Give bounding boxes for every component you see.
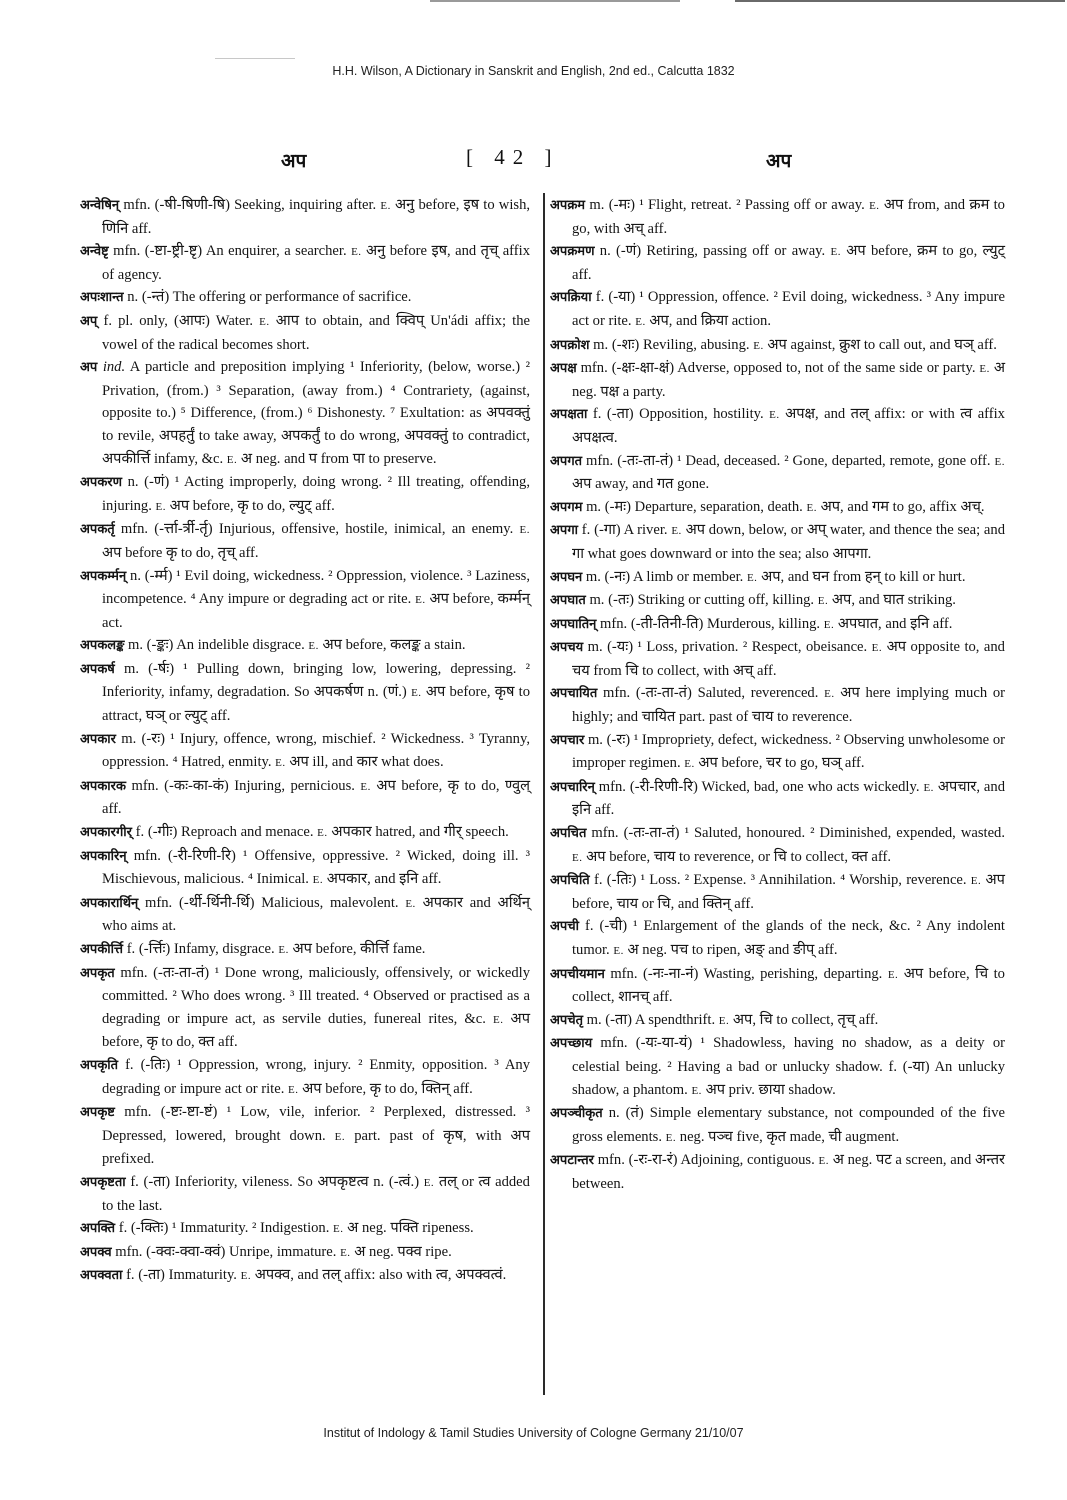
entry-grammar: mfn.	[124, 1104, 151, 1120]
dictionary-entry: अपकीर्त्ति f. (-र्त्तिः) Infamy, disgrac…	[80, 938, 530, 962]
entry-etymology: E. अप, and क्रिया action.	[632, 313, 771, 329]
dictionary-entry: अपघन m. (-नः) A limb or member. E. अप, a…	[550, 566, 1005, 590]
entry-headword: अपकृष्टता	[80, 1175, 126, 1190]
entry-headword: अपचिति	[550, 873, 590, 888]
etymology-marker: E.	[635, 316, 645, 328]
entry-headword: अपचित	[550, 826, 586, 841]
entry-forms: (-षी-षिणी-षि)	[155, 197, 230, 213]
etymology-marker: E.	[691, 1085, 701, 1097]
entry-headword: अपकर्ष	[80, 662, 115, 677]
dictionary-entry: अपक्रमण n. (-णं) Retiring, passing off o…	[550, 240, 1005, 286]
entry-headword: अपक्रम	[550, 198, 585, 213]
entry-grammar: mfn.	[586, 453, 613, 469]
entry-forms: (-तः-ता-तं)	[624, 825, 680, 841]
entry-forms: (-णं)	[144, 474, 169, 490]
entry-etymology: E. अपकार hatred, and गीर् speech.	[314, 824, 509, 840]
entry-headword: अपकलङ्क	[80, 638, 124, 653]
dictionary-entry: अपक्रोश m. (-शः) Reviling, abusing. E. अ…	[550, 334, 1005, 358]
entry-definition: The offering or performance of sacrifice…	[173, 289, 412, 305]
dictionary-entry: अपकारगीर् f. (-गीः) Reproach and menace.…	[80, 821, 530, 845]
entry-definition: Malicious, malevolent.	[261, 895, 398, 911]
entry-definition: A spendthrift.	[635, 1012, 715, 1028]
entry-grammar: mfn.	[121, 521, 148, 537]
etymology-marker: E.	[806, 502, 816, 514]
entry-forms: (-री-रिणी-रि)	[630, 779, 698, 795]
entry-grammar: ind.	[103, 359, 125, 375]
etymology-marker: E.	[888, 969, 898, 981]
entry-headword: अपगत	[550, 454, 582, 469]
etymology-text: अप away, and गत gone.	[572, 476, 709, 492]
entry-definition: Unripe, immature.	[229, 1244, 336, 1260]
entry-headword: अपक्ष	[550, 361, 577, 376]
entry-grammar: m.	[589, 592, 604, 608]
etymology-marker: E.	[769, 409, 779, 421]
entry-grammar: n.	[600, 243, 611, 259]
etymology-marker: E.	[979, 363, 989, 375]
etymology-marker: E.	[333, 1223, 343, 1235]
etymology-marker: E.	[424, 1177, 434, 1189]
dictionary-entry: अपक्रम m. (-मः) ¹ Flight, retreat. ² Pas…	[550, 194, 1005, 240]
entry-definition: Injurious, offensive, hostile, inimical,…	[219, 521, 513, 537]
entry-headword: अपकार	[80, 732, 116, 747]
entry-headword: अपगा	[550, 523, 578, 538]
entry-etymology: E. अप before, कृ to do, क्तिन् aff.	[284, 1081, 472, 1097]
entry-grammar: mfn.	[131, 778, 158, 794]
entry-definition: ¹ Loss. ² Expense. ³ Annihilation. ⁴ Wor…	[641, 872, 967, 888]
entry-forms: (-तिः)	[607, 872, 637, 888]
dictionary-entry: अपचारिन् mfn. (-री-रिणी-रि) Wicked, bad,…	[550, 776, 1005, 822]
etymology-marker: E.	[411, 687, 421, 699]
entry-forms: (-र्त्तिः)	[139, 941, 170, 957]
dictionary-entry: अपञ्चीकृत n. (तं) Simple elementary subs…	[550, 1102, 1005, 1149]
entry-definition: Reproach and menace.	[181, 824, 314, 840]
entry-grammar: f.	[125, 1057, 134, 1073]
entry-headword: अप्	[80, 314, 97, 329]
etymology-marker: E.	[830, 246, 840, 258]
entry-forms: (-र्त्ता-र्त्री-र्तृ)	[154, 521, 212, 537]
entry-headword: अपघात	[550, 593, 586, 608]
entry-forms: (-तः-ता-तं)	[636, 685, 692, 701]
entry-headword: अपकृत	[80, 966, 115, 981]
entry-forms: (-क्वः-क्वा-क्वं)	[146, 1244, 225, 1260]
entry-forms: (-तः-ता-तं)	[153, 965, 209, 981]
entry-forms: (-ता)	[143, 1174, 170, 1190]
dictionary-entry: अपचित mfn. (-तः-ता-तं) ¹ Saluted, honour…	[550, 822, 1005, 869]
entry-definition: Opposition, hostility.	[639, 406, 764, 422]
etymology-marker: E.	[671, 525, 681, 537]
etymology-text: अपक्व, and तल् affix: also with त्व, अपक…	[255, 1267, 507, 1283]
entry-forms: (-गीः)	[148, 824, 178, 840]
etymology-marker: E.	[519, 524, 529, 536]
entry-definition: A limb or member.	[633, 569, 743, 585]
entry-forms: (-मः)	[609, 197, 635, 213]
entry-forms: (-ष्टः-ष्टा-ष्टं)	[161, 1104, 218, 1120]
dictionary-entry: अपटान्तर mfn. (-रः-रा-रं) Adjoining, con…	[550, 1149, 1005, 1195]
etymology-text: अप, and घात striking.	[832, 592, 956, 608]
entry-grammar: mfn.	[134, 848, 161, 864]
entry-grammar: mfn.	[145, 895, 172, 911]
entry-headword: अप	[80, 360, 97, 375]
entry-grammar: f.	[126, 1267, 135, 1283]
entry-definition: Murderous, killing.	[707, 616, 820, 632]
entry-headword: अन्वेषिन्	[80, 198, 119, 213]
entry-etymology: E. अप, and घन from हन् to kill or hurt.	[743, 569, 965, 585]
etymology-marker: E.	[869, 200, 879, 212]
entry-grammar: f.	[596, 289, 605, 305]
entry-grammar: n.	[127, 289, 138, 305]
etymology-text: अप before, कीर्त्ति fame.	[292, 941, 425, 957]
entry-forms: (-नः)	[605, 569, 631, 585]
dictionary-entry: अपकारार्थिन् mfn. (-र्थी-र्थिनी-र्थि) Ma…	[80, 892, 530, 938]
etymology-text: अप before, कलङ्क a stain.	[323, 637, 466, 653]
entry-grammar: n.	[128, 474, 139, 490]
etymology-text: अप before, चर to go, घञ् aff.	[698, 755, 864, 771]
entry-forms: (-ङ्कः)	[147, 637, 174, 653]
etymology-text: अपक्ष, and तल् affix: or with त्व affix …	[572, 406, 1005, 446]
etymology-marker: E.	[572, 852, 582, 864]
dictionary-entry: अपकरण n. (-णं) ¹ Acting improperly, doin…	[80, 471, 530, 518]
entry-etymology: E. अप, चि to collect, तृच् aff.	[715, 1012, 878, 1028]
entry-definition: A river.	[624, 522, 668, 538]
dictionary-entry: अपकलङ्क m. (-ङ्कः) An indelible disgrace…	[80, 634, 530, 658]
entry-headword: अपकरण	[80, 475, 122, 490]
entry-definition: Immaturity.	[169, 1267, 237, 1283]
etymology-marker: E.	[351, 246, 361, 258]
entry-grammar: m.	[588, 732, 603, 748]
etymology-text: अप, and क्रिया action.	[649, 313, 771, 329]
dictionary-entry: अपगत mfn. (-तः-ता-तं) ¹ Dead, deceased. …	[550, 450, 1005, 496]
entry-etymology: E. अ neg. पच to ripen, अङ् and ङीप् aff.	[610, 942, 838, 958]
entry-forms: (-री-रिणी-रि)	[168, 848, 236, 864]
etymology-text: अ neg. पक्व ripe.	[354, 1244, 452, 1260]
entry-forms: (-ष्टा-ष्ट्री-ष्टृ)	[145, 243, 202, 259]
entry-grammar: mfn.	[113, 243, 140, 259]
etymology-text: अ neg. पच to ripen, अङ् and ङीप् aff.	[628, 942, 838, 958]
etymology-text: अप, and घन from हन् to kill or hurt.	[761, 569, 965, 585]
entry-headword: अपक्रिया	[550, 290, 592, 305]
entry-etymology: E. अप before, चाय to reverence, or चि to…	[572, 849, 891, 865]
entry-grammar: f.	[582, 522, 591, 538]
dictionary-entry: अपचीयमान mfn. (-नः-ना-नं) Wasting, peris…	[550, 963, 1005, 1009]
dictionary-entry: अप ind. A particle and preposition imply…	[80, 356, 530, 471]
entry-headword: अपघन	[550, 570, 582, 585]
entry-forms: (-तः-ता-तं)	[617, 453, 673, 469]
etymology-text: अ neg. and प from पा to preserve.	[241, 451, 437, 467]
scan-edge-rule	[430, 0, 680, 2]
entry-forms: (-न्तं)	[142, 289, 169, 305]
entry-headword: अपक्रमण	[550, 244, 594, 259]
entry-headword: अपचारिन्	[550, 780, 595, 795]
entry-grammar: n.	[130, 568, 141, 584]
dictionary-entry: अपघातिन् mfn. (-ती-तिनी-ति) Murderous, k…	[550, 613, 1005, 637]
entry-grammar: m.	[128, 637, 143, 653]
dictionary-entry: अपकारिन् mfn. (-री-रिणी-रि) ¹ Offensive,…	[80, 845, 530, 892]
entry-definition: Saluted, reverenced.	[698, 685, 819, 701]
entry-forms: (-क्तिः)	[131, 1220, 168, 1236]
entry-definition: An enquirer, a searcher.	[206, 243, 347, 259]
entry-headword: अपचार	[550, 733, 584, 748]
entry-headword: अपक्ति	[80, 1221, 115, 1236]
entry-forms: (-र्षः)	[148, 661, 174, 677]
dictionary-entry: अपचेतृ m. (-ता) A spendthrift. E. अप, चि…	[550, 1009, 1005, 1033]
running-head-left: अप	[281, 147, 306, 173]
dictionary-entry: अपकर्ष m. (-र्षः) ¹ Pulling down, bringi…	[80, 658, 530, 728]
etymology-marker: E.	[259, 316, 269, 328]
etymology-marker: E.	[156, 501, 166, 513]
etymology-text: अप before, चाय to reverence, or चि to co…	[586, 849, 891, 865]
entry-grammar: f.	[594, 872, 603, 888]
entry-forms: (-क्षः-क्षा-क्षं)	[612, 360, 674, 376]
etymology-text: अप priv. छाया shadow.	[706, 1082, 836, 1098]
entry-grammar: m.	[587, 1012, 602, 1028]
dictionary-entry: अपगम m. (-मः) Departure, separation, dea…	[550, 496, 1005, 520]
entry-definition: Reviling, abusing.	[643, 337, 750, 353]
entry-etymology: E. अप, and घात striking.	[814, 592, 956, 608]
dictionary-entry: अपचय m. (-यः) ¹ Loss, privation. ² Respe…	[550, 636, 1005, 682]
entry-grammar: f.	[130, 1174, 139, 1190]
entry-forms: (-नः-ना-नं)	[643, 966, 698, 982]
etymology-marker: E.	[971, 875, 981, 887]
dictionary-entry: अपक्वता f. (-ता) Immaturity. E. अपक्व, a…	[80, 1264, 530, 1288]
dictionary-entry: अपकार m. (-रः) ¹ Injury, offence, wrong,…	[80, 728, 530, 775]
entry-etymology: E. अ neg. and प from पा to preserve.	[223, 451, 436, 467]
entry-headword: अपघातिन्	[550, 617, 596, 632]
entry-grammar: n.	[609, 1105, 620, 1121]
entry-headword: अपगम	[550, 500, 582, 515]
entry-headword: अपची	[550, 919, 579, 934]
entry-grammar: mfn.	[591, 825, 618, 841]
etymology-text: अप ill, and कार what does.	[289, 754, 443, 770]
entry-headword: अपक्षता	[550, 407, 587, 422]
entry-definition: ¹ Dead, deceased. ² Gone, departed, remo…	[677, 453, 990, 469]
dictionary-entry: अपक्षता f. (-ता) Opposition, hostility. …	[550, 403, 1005, 449]
entry-etymology: E. अपकार, and इनि aff.	[309, 871, 441, 887]
entry-grammar: m.	[121, 731, 136, 747]
entry-etymology: E. अप priv. छाया shadow.	[688, 1082, 836, 1098]
entry-forms: (-ता)	[607, 406, 634, 422]
etymology-marker: E.	[360, 781, 370, 793]
entry-etymology: E. अप before, चर to go, घञ् aff.	[681, 755, 865, 771]
etymology-text: अप before, कृ to do, क्तिन् aff.	[302, 1081, 473, 1097]
source-citation-header: H.H. Wilson, A Dictionary in Sanskrit an…	[0, 64, 1067, 78]
entry-grammar: mfn.	[599, 779, 626, 795]
entry-forms: (-णं)	[616, 243, 641, 259]
dictionary-entry: अपकर्तृ mfn. (-र्त्ता-र्त्री-र्तृ) Injur…	[80, 518, 530, 564]
entry-forms: (तं)	[626, 1105, 644, 1121]
entry-etymology: E. अप before, कृ to do, ल्युट् aff.	[152, 498, 335, 514]
entry-headword: अपचायित	[550, 686, 597, 701]
entry-forms: (-कः-का-कं)	[164, 778, 229, 794]
etymology-marker: E.	[275, 757, 285, 769]
entry-headword: अपचीयमान	[550, 967, 605, 982]
etymology-text: अप against, क्रुश to call out, and घञ् a…	[767, 337, 997, 353]
right-column: अपक्रम m. (-मः) ¹ Flight, retreat. ² Pas…	[550, 194, 1005, 1196]
entry-forms: (-या)	[608, 289, 635, 305]
entry-grammar: mfn.	[600, 1035, 627, 1051]
entry-forms: (-तिः)	[141, 1057, 171, 1073]
etymology-marker: E.	[613, 945, 623, 957]
entry-grammar: f.	[119, 1220, 128, 1236]
etymology-marker: E.	[278, 944, 288, 956]
etymology-marker: E.	[666, 1132, 676, 1144]
entry-headword: अन्वेष्टृ	[80, 244, 109, 259]
entry-headword: अपच्छाय	[550, 1036, 592, 1051]
etymology-text: अप before कृ to do, तृच् aff.	[102, 545, 259, 561]
etymology-marker: E.	[415, 594, 425, 606]
etymology-marker: E.	[317, 827, 327, 839]
entry-grammar: f. pl. only,	[103, 313, 167, 329]
entry-forms: (-रः-रा-रं)	[629, 1152, 678, 1168]
entry-etymology: E. अपक्व, and तल् affix: also with त्व, …	[237, 1267, 506, 1283]
entry-forms: (-र्म्म)	[145, 568, 173, 584]
entry-grammar: mfn.	[123, 197, 150, 213]
etymology-text: neg. पञ्च five, कृत made, ची augment.	[680, 1129, 899, 1145]
etymology-marker: E.	[818, 1155, 828, 1167]
entry-definition: Departure, separation, death.	[635, 499, 803, 515]
left-column: अन्वेषिन् mfn. (-षी-षिणी-षि) Seeking, in…	[80, 194, 530, 1288]
entry-grammar: mfn.	[600, 616, 627, 632]
entry-definition: Adverse, opposed to, not of the same sid…	[677, 360, 975, 376]
etymology-marker: E.	[288, 1084, 298, 1096]
etymology-marker: E.	[313, 874, 323, 886]
entry-definition: Infamy, disgrace.	[174, 941, 275, 957]
dictionary-entry: अपकारक mfn. (-कः-का-कं) Injuring, pernic…	[80, 775, 530, 821]
entry-definition: Retiring, passing off or away.	[646, 243, 825, 259]
dictionary-entry: अपक्ति f. (-क्तिः) ¹ Immaturity. ² Indig…	[80, 1217, 530, 1241]
running-head-right: अप	[766, 147, 791, 173]
dictionary-entry: अपःशान्त n. (-न्तं) The offering or perf…	[80, 286, 530, 310]
etymology-marker: E.	[719, 1015, 729, 1027]
etymology-text: अप, चि to collect, तृच् aff.	[733, 1012, 878, 1028]
entry-etymology: E. अप, and गम to go, affix अच्.	[803, 499, 985, 515]
entry-definition: ¹ Immaturity. ² Indigestion.	[172, 1220, 329, 1236]
entry-headword: अपकृति	[80, 1058, 118, 1073]
entry-headword: अपकीर्त्ति	[80, 942, 123, 957]
etymology-text: अपघात, and इनि aff.	[838, 616, 952, 632]
entry-etymology: E. neg. पञ्च five, कृत made, ची augment.	[662, 1129, 899, 1145]
entry-headword: अपचेतृ	[550, 1013, 583, 1028]
entry-forms: (-ची)	[599, 918, 627, 934]
etymology-marker: E.	[747, 572, 757, 584]
entry-forms: (-ता)	[605, 1012, 632, 1028]
dictionary-entry: अपघात m. (-तः) Striking or cutting off, …	[550, 589, 1005, 613]
page-number: [ 42 ]	[466, 145, 560, 170]
entry-forms: (-रः)	[607, 732, 631, 748]
entry-grammar: m.	[586, 569, 601, 585]
dictionary-entry: अपकृष्ट mfn. (-ष्टः-ष्टा-ष्टं) ¹ Low, vi…	[80, 1101, 530, 1171]
etymology-marker: E.	[753, 340, 763, 352]
entry-grammar: mfn.	[120, 965, 147, 981]
entry-forms: (-यः)	[607, 639, 633, 655]
entry-forms: (-शः)	[612, 337, 639, 353]
etymology-marker: E.	[684, 758, 694, 770]
scan-artifact-rule	[215, 58, 295, 59]
entry-headword: अपक्वता	[80, 1268, 122, 1283]
entry-definition: Wasting, perishing, departing.	[704, 966, 883, 982]
etymology-text: अप, and गम to go, affix अच्.	[821, 499, 985, 515]
entry-definition: Water.	[216, 313, 253, 329]
etymology-marker: E.	[405, 898, 415, 910]
entry-headword: अपकारार्थिन्	[80, 896, 138, 911]
dictionary-entry: अपक्ष mfn. (-क्षः-क्षा-क्षं) Adverse, op…	[550, 357, 1005, 403]
entry-headword: अपःशान्त	[80, 290, 124, 305]
etymology-marker: E.	[824, 688, 834, 700]
entry-definition: An indelible disgrace.	[176, 637, 304, 653]
entry-grammar: m.	[593, 337, 608, 353]
entry-definition: Wicked, bad, one who acts wickedly.	[702, 779, 920, 795]
dictionary-entry: अपक्रिया f. (-या) ¹ Oppression, offence.…	[550, 286, 1005, 333]
entry-forms: (-र्थी-र्थिनी-र्थि)	[179, 895, 255, 911]
entry-etymology: E. अपघात, and इनि aff.	[820, 616, 952, 632]
entry-grammar: m.	[588, 639, 603, 655]
entry-forms: (-मः)	[605, 499, 631, 515]
entry-grammar: f.	[136, 824, 145, 840]
etymology-marker: E.	[872, 642, 882, 654]
dictionary-entry: अपच्छाय mfn. (-यः-या-यं) ¹ Shadowless, h…	[550, 1032, 1005, 1102]
entry-headword: अपचय	[550, 640, 583, 655]
scan-edge-rule	[735, 0, 1065, 2]
entry-etymology: E. अपक्ष, and तल् affix: or with त्व aff…	[572, 406, 1005, 446]
dictionary-entry: अपकृष्टता f. (-ता) Inferiority, vileness…	[80, 1171, 530, 1217]
entry-definition: ¹ Saluted, honoured. ² Diminished, expen…	[685, 825, 1005, 841]
dictionary-entry: अपकर्म्मन् n. (-र्म्म) ¹ Evil doing, wic…	[80, 565, 530, 635]
entry-headword: अपञ्चीकृत	[550, 1106, 603, 1121]
entry-grammar: mfn.	[115, 1244, 142, 1260]
entry-headword: अपकारिन्	[80, 849, 127, 864]
entry-definition: ¹ Loss, privation. ² Respect, obeisance.	[638, 639, 868, 655]
entry-grammar: f.	[593, 406, 602, 422]
entry-etymology: E. अप before, कलङ्क a stain.	[305, 637, 466, 653]
entry-headword: अपकारक	[80, 779, 126, 794]
entry-forms: (-रः)	[142, 731, 166, 747]
entry-grammar: m.	[124, 661, 139, 677]
entry-forms: (-तः)	[608, 592, 634, 608]
etymology-marker: E.	[308, 640, 318, 652]
entry-headword: अपटान्तर	[550, 1153, 594, 1168]
entry-definition: Injuring, pernicious.	[234, 778, 355, 794]
etymology-marker: E.	[923, 782, 933, 794]
dictionary-entry: अपचार m. (-रः) ¹ Impropriety, defect, wi…	[550, 729, 1005, 776]
entry-headword: अपक्व	[80, 1245, 112, 1260]
entry-grammar: mfn.	[603, 685, 630, 701]
entry-grammar: m.	[589, 197, 604, 213]
etymology-text: अपकार hatred, and गीर् speech.	[331, 824, 509, 840]
entry-headword: अपकर्म्मन्	[80, 569, 126, 584]
etymology-marker: E.	[493, 1014, 503, 1026]
dictionary-entry: अपचायित mfn. (-तः-ता-तं) Saluted, revere…	[550, 682, 1005, 728]
entry-headword: अपक्रोश	[550, 338, 590, 353]
entry-headword: अपकृष्ट	[80, 1105, 115, 1120]
dictionary-entry: अपची f. (-ची) ¹ Enlargement of the gland…	[550, 915, 1005, 962]
entry-forms: (आपः)	[174, 313, 210, 329]
entry-definition: Inferiority, vileness. So अपकृष्टत्व n. …	[175, 1174, 419, 1190]
entry-etymology: E. अ neg. पक्ति ripeness.	[329, 1220, 473, 1236]
etymology-marker: E.	[818, 595, 828, 607]
entry-forms: (-ता)	[138, 1267, 165, 1283]
entry-grammar: m.	[586, 499, 601, 515]
entry-etymology: E. अप against, क्रुश to call out, and घञ…	[750, 337, 997, 353]
dictionary-entry: अपक्व mfn. (-क्वः-क्वा-क्वं) Unripe, imm…	[80, 1241, 530, 1265]
etymology-marker: E.	[227, 454, 237, 466]
dictionary-entry: अपकृति f. (-तिः) ¹ Oppression, wrong, in…	[80, 1054, 530, 1101]
etymology-marker: E.	[824, 619, 834, 631]
entry-definition: Striking or cutting off, killing.	[638, 592, 814, 608]
entry-headword: अपकर्तृ	[80, 522, 115, 537]
entry-definition: Adjoining, contiguous.	[680, 1152, 814, 1168]
etymology-marker: E.	[340, 1247, 350, 1259]
entry-definition: Seeking, inquiring after.	[234, 197, 376, 213]
dictionary-entry: अपगा f. (-गा) A river. E. अप down, below…	[550, 519, 1005, 565]
